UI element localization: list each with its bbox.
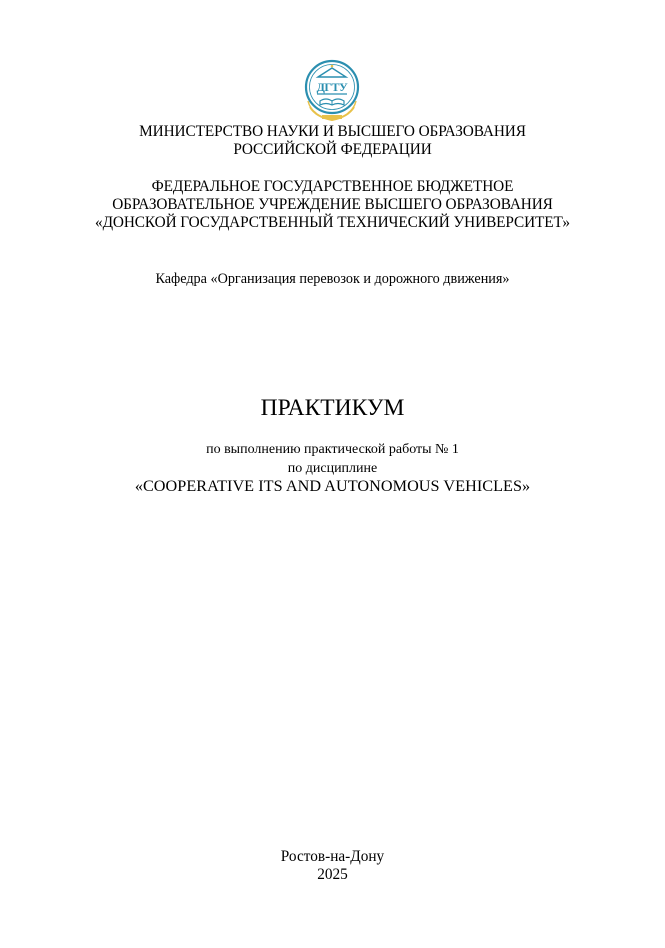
document-title: ПРАКТИКУМ xyxy=(0,394,665,422)
subtitle-line-1: по выполнению практической работы № 1 xyxy=(0,441,665,458)
university-emblem-icon: ДГТУ xyxy=(302,57,362,123)
ministry-line-1: МИНИСТЕРСТВО НАУКИ И ВЫСШЕГО ОБРАЗОВАНИЯ xyxy=(0,123,665,141)
institution-line-1: ФЕДЕРАЛЬНОЕ ГОСУДАРСТВЕННОЕ БЮДЖЕТНОЕ xyxy=(0,178,665,196)
subtitle-line-2: по дисциплине xyxy=(0,460,665,477)
institution-line-2: ОБРАЗОВАТЕЛЬНОЕ УЧРЕЖДЕНИЕ ВЫСШЕГО ОБРАЗ… xyxy=(0,196,665,214)
document-page: ДГТУ МИНИСТЕРСТВО НАУКИ И ВЫСШЕГО ОБРАЗО… xyxy=(0,0,665,948)
emblem-abbr: ДГТУ xyxy=(317,80,348,94)
institution-line-3: «ДОНСКОЙ ГОСУДАРСТВЕННЫЙ ТЕХНИЧЕСКИЙ УНИ… xyxy=(0,214,665,232)
discipline-name: «COOPERATIVE ITS AND AUTONOMOUS VEHICLES… xyxy=(0,477,665,496)
year: 2025 xyxy=(0,866,665,884)
ministry-line-2: РОССИЙСКОЙ ФЕДЕРАЦИИ xyxy=(0,141,665,159)
department-name: Кафедра «Организация перевозок и дорожно… xyxy=(0,270,665,288)
city: Ростов-на-Дону xyxy=(0,848,665,866)
